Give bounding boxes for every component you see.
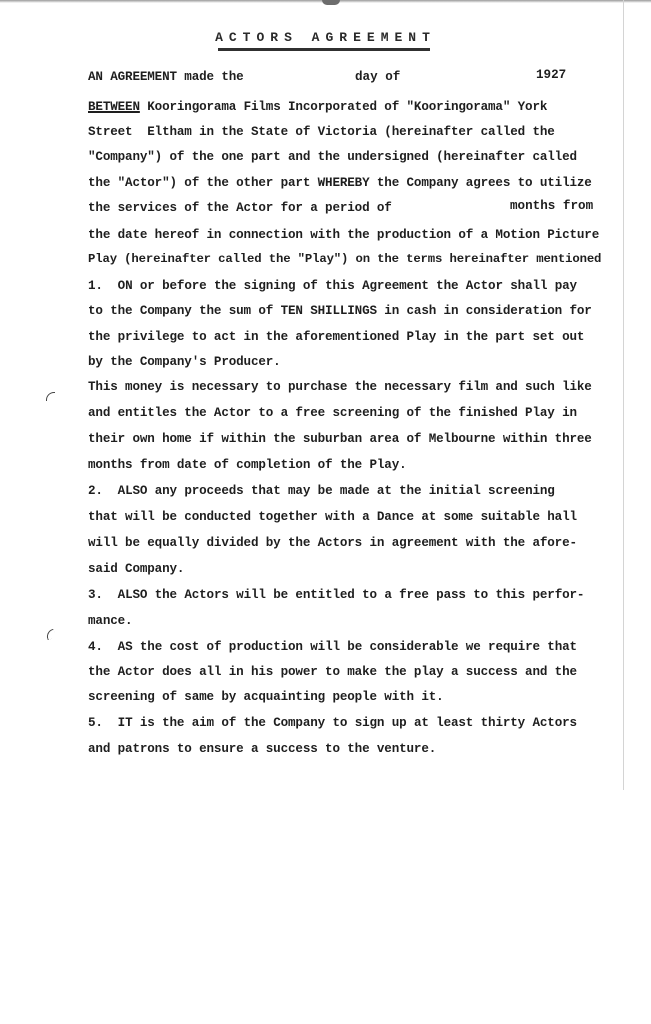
- preamble-line: the date hereof in connection with the p…: [88, 228, 599, 242]
- preamble-line: "Company") of the one part and the under…: [88, 150, 577, 164]
- clause-1-line: the privilege to act in the aforemention…: [88, 330, 584, 344]
- explanation-line: months from date of completion of the Pl…: [88, 458, 407, 472]
- page-fold-line: [623, 0, 624, 790]
- explanation-line: This money is necessary to purchase the …: [88, 380, 592, 394]
- clause-1-line: to the Company the sum of TEN SHILLINGS …: [88, 304, 592, 318]
- clause-2-line: will be equally divided by the Actors in…: [88, 536, 577, 550]
- clause-5-line: 5. IT is the aim of the Company to sign …: [88, 716, 577, 730]
- clause-number: 1.: [88, 279, 103, 293]
- clause-3-line: mance.: [88, 614, 132, 628]
- margin-mark: [45, 629, 57, 641]
- clause-number: 2.: [88, 484, 103, 498]
- clause-number: 5.: [88, 716, 103, 730]
- clause-2-line: that will be conducted together with a D…: [88, 510, 577, 524]
- months-from-label: months from: [510, 199, 593, 213]
- preamble-line: the services of the Actor for a period o…: [88, 201, 392, 215]
- day-of-label: day of: [355, 70, 400, 84]
- clause-4-line: the Actor does all in his power to make …: [88, 665, 577, 679]
- clause-number: 4.: [88, 640, 103, 654]
- explanation-line: and entitles the Actor to a free screeni…: [88, 406, 577, 420]
- title-underline: [218, 48, 430, 51]
- clause-2-line: said Company.: [88, 562, 184, 576]
- explanation-line: their own home if within the suburban ar…: [88, 432, 592, 446]
- clause-number: 3.: [88, 588, 103, 602]
- clause-5-line: and patrons to ensure a success to the v…: [88, 742, 436, 756]
- agreement-made-label: AN AGREEMENT made the: [88, 70, 244, 84]
- punch-hole-mark: [322, 0, 340, 5]
- preamble-line: BETWEEN Kooringorama Films Incorporated …: [88, 100, 547, 114]
- clause-1-line: 1. ON or before the signing of this Agre…: [88, 279, 577, 293]
- preamble-line: Street Eltham in the State of Victoria (…: [88, 125, 555, 139]
- preamble-line: Play (hereinafter called the "Play") on …: [88, 252, 601, 266]
- clause-3-line: 3. ALSO the Actors will be entitled to a…: [88, 588, 584, 602]
- preamble-line: the "Actor") of the other part WHEREBY t…: [88, 176, 592, 190]
- between-word: BETWEEN: [88, 100, 140, 114]
- clause-4-line: 4. AS the cost of production will be con…: [88, 640, 577, 654]
- year: 1927: [536, 68, 566, 82]
- margin-mark: [46, 392, 55, 401]
- clause-4-line: screening of same by acquainting people …: [88, 690, 444, 704]
- clause-2-line: 2. ALSO any proceeds that may be made at…: [88, 484, 555, 498]
- document-title: ACTORS AGREEMENT: [0, 30, 651, 45]
- clause-1-line: by the Company's Producer.: [88, 355, 281, 369]
